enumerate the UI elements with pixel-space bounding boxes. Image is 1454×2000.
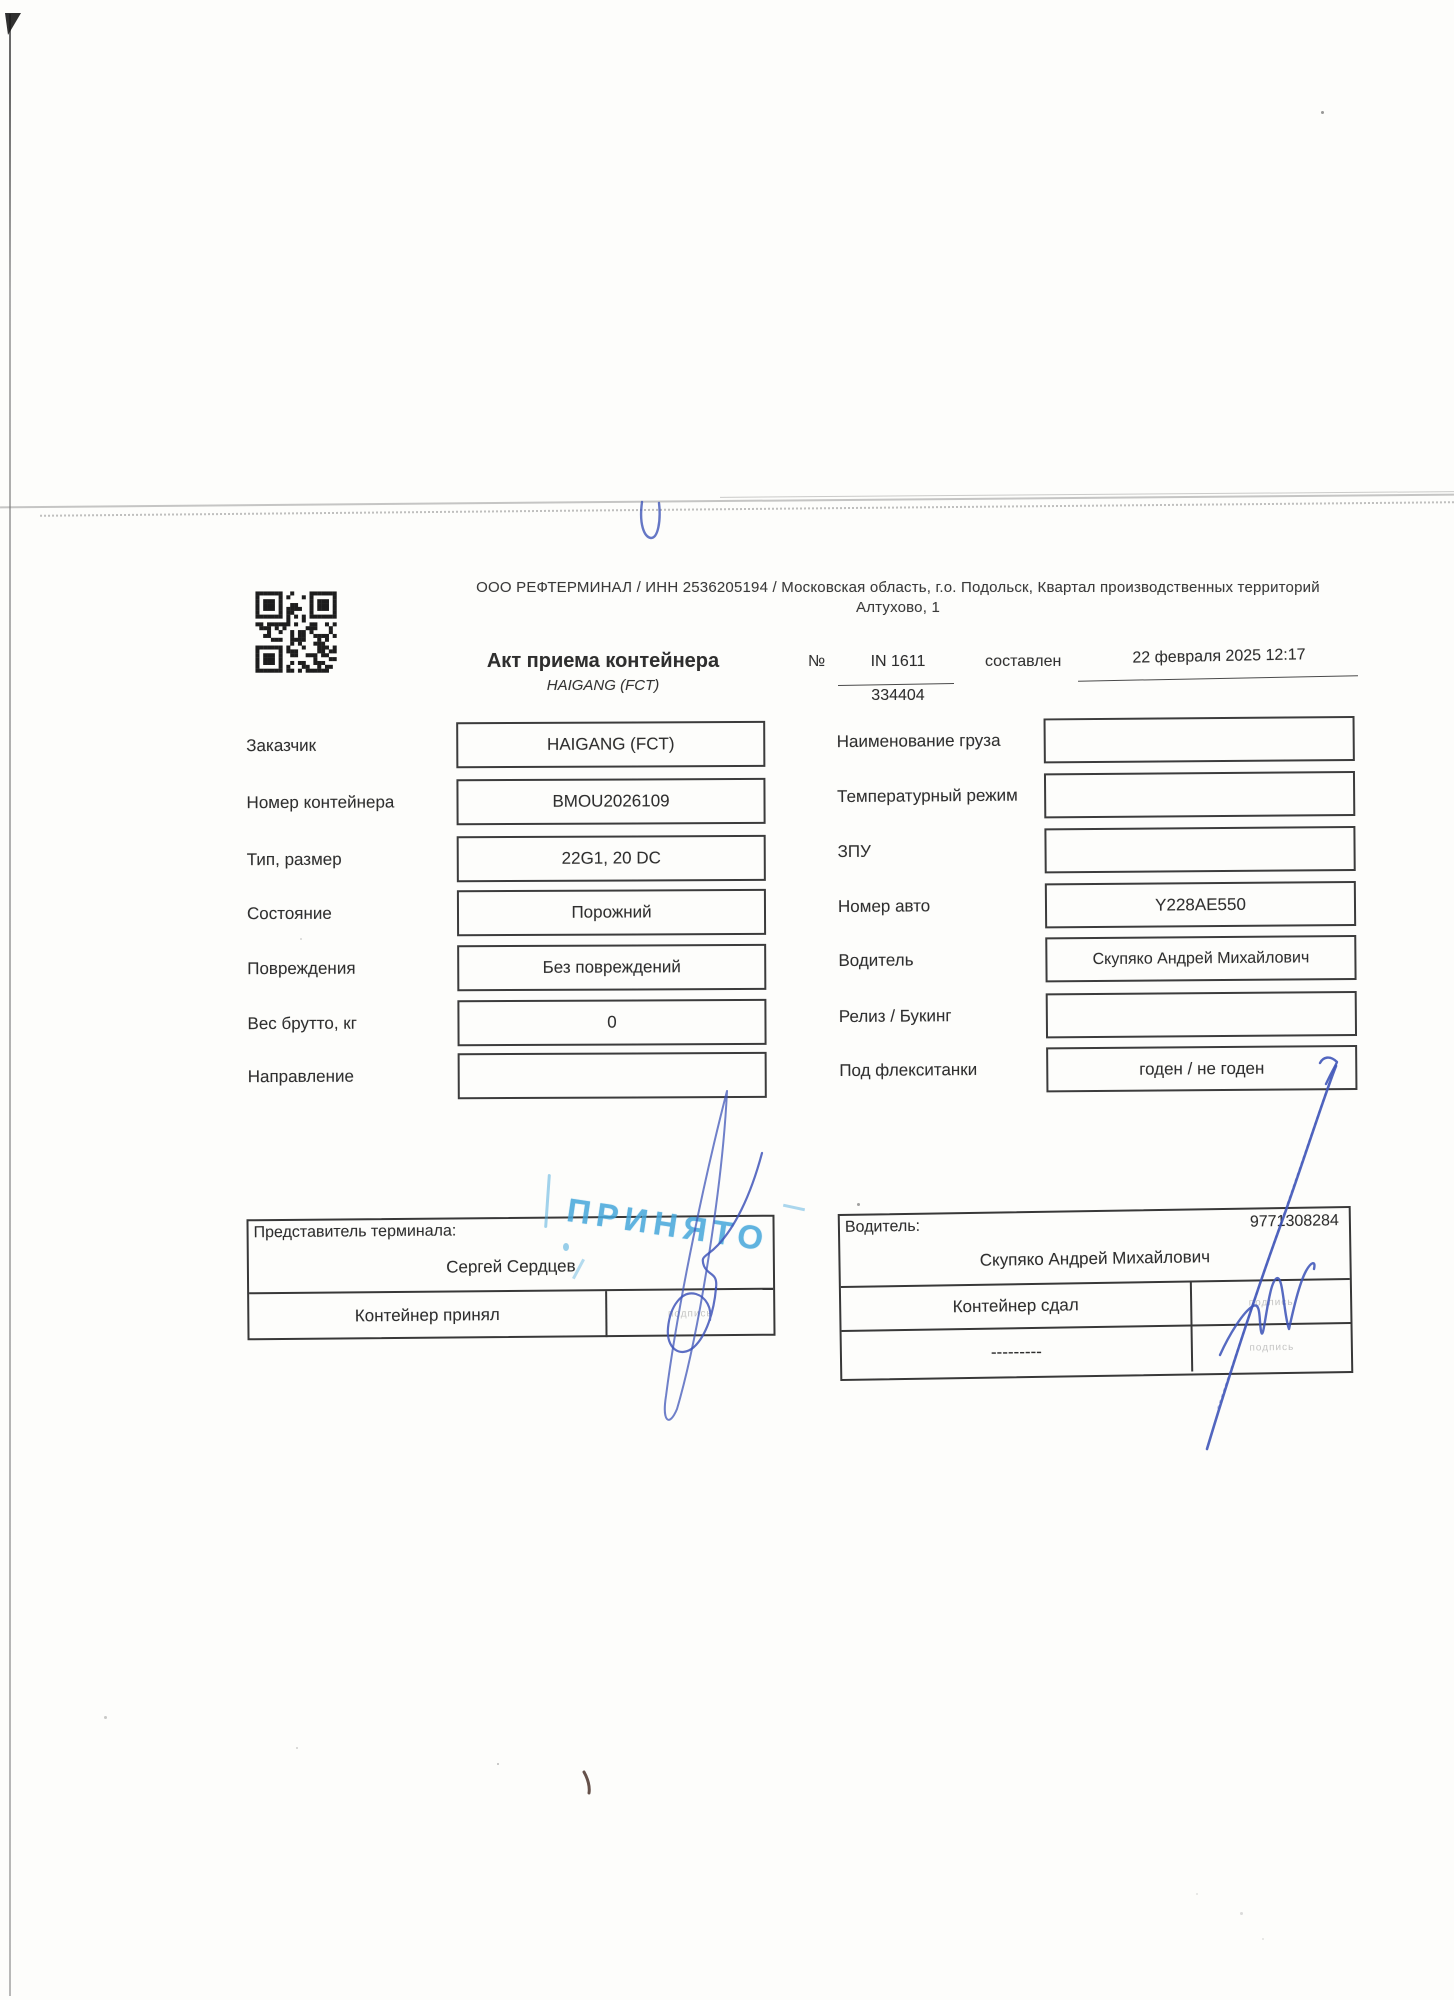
field-value-box: Порожний xyxy=(457,889,766,936)
terminal-signature-cell: подпись xyxy=(607,1290,773,1337)
field-label: Заказчик xyxy=(246,736,316,756)
scan-speck xyxy=(1262,1938,1264,1940)
field-value-box xyxy=(458,1052,767,1099)
signature-placeholder: подпись xyxy=(668,1308,713,1319)
signature-placeholder: подпись xyxy=(1249,1296,1294,1308)
driver-action-cell: Контейнер сдал xyxy=(841,1282,1193,1330)
qr-code xyxy=(240,574,352,690)
field-value-box xyxy=(1044,771,1355,818)
driver-signature-cell: подпись xyxy=(1192,1280,1351,1324)
field-label: Направление xyxy=(248,1067,354,1087)
field-value: 0 xyxy=(607,1013,617,1033)
driver-action-label: Контейнер сдал xyxy=(952,1295,1078,1317)
scan-speck xyxy=(296,1747,298,1749)
field-label: Тип, размер xyxy=(247,850,342,870)
doc-number-line2: 334404 xyxy=(842,687,954,705)
driver-signature-block: Водитель: 9771308284 Скупяко Андрей Миха… xyxy=(838,1206,1354,1381)
scan-speck xyxy=(300,938,302,940)
field-value-box xyxy=(1044,716,1355,763)
field-value: HAIGANG (FCT) xyxy=(547,734,675,755)
doc-number-sign: № xyxy=(808,653,825,671)
doc-number-line1: IN 1611 xyxy=(842,653,954,671)
field-label: Вес брутто, кг xyxy=(247,1014,357,1034)
field-value-box xyxy=(1046,991,1357,1038)
scanned-document: ООО РЕФТЕРМИНАЛ / ИНН 2536205194 / Моско… xyxy=(0,0,1454,2000)
field-label: Номер авто xyxy=(838,896,930,917)
field-value-box: HAIGANG (FCT) xyxy=(456,721,765,768)
field-label: Температурный режим xyxy=(837,786,1018,807)
field-value-box: 22G1, 20 DC xyxy=(457,835,766,882)
company-header-line1: ООО РЕФТЕРМИНАЛ / ИНН 2536205194 / Моско… xyxy=(444,579,1352,596)
field-label: ЗПУ xyxy=(837,842,870,862)
field-value-box: Без повреждений xyxy=(457,944,766,991)
field-value: BMOU2026109 xyxy=(552,791,669,812)
driver-signature-cell-2: подпись xyxy=(1193,1324,1352,1371)
field-value-box: 0 xyxy=(457,999,766,1046)
composed-date: 22 февраля 2025 12:17 xyxy=(1080,645,1358,668)
field-label: Водитель xyxy=(838,950,913,971)
field-label: Повреждения xyxy=(247,959,355,979)
terminal-role-label: Представитель терминала: xyxy=(254,1222,457,1242)
scan-speck xyxy=(1321,111,1324,114)
terminal-action-label: Контейнер принял xyxy=(355,1305,500,1326)
field-label: Состояние xyxy=(247,904,332,924)
stamp-smudge-3 xyxy=(783,1204,805,1212)
scan-speck xyxy=(497,1763,499,1765)
doc-number-underline xyxy=(838,683,954,686)
composed-label: составлен xyxy=(985,653,1061,671)
document-title: Акт приема контейнера xyxy=(448,650,758,673)
scan-speck xyxy=(1240,1912,1243,1915)
field-value-box: Скупяко Андрей Михайлович xyxy=(1045,935,1356,982)
terminal-representative-name: Сергей Сердцев xyxy=(249,1255,773,1280)
driver-phone: 9771308284 xyxy=(1250,1212,1339,1231)
pen-mark-top xyxy=(641,502,659,538)
field-value-box: BMOU2026109 xyxy=(456,778,765,825)
driver-role-label: Водитель: xyxy=(845,1218,920,1237)
scan-speck xyxy=(857,1203,860,1206)
field-value: Без повреждений xyxy=(543,957,681,978)
field-value-box: Y228AE550 xyxy=(1045,881,1356,928)
scan-speck xyxy=(1196,1893,1198,1895)
driver-dashes: --------- xyxy=(991,1341,1042,1362)
right-field-column: Наименование груза Температурный режим З… xyxy=(836,712,1363,1101)
composed-date-underline xyxy=(1078,675,1358,681)
scan-corner-flag xyxy=(4,12,26,38)
driver-dashes-cell: --------- xyxy=(842,1326,1194,1377)
document-subtitle: HAIGANG (FCT) xyxy=(448,677,758,694)
field-value-box xyxy=(1044,826,1355,873)
field-label: Наименование груза xyxy=(837,731,1001,752)
field-value: 22G1, 20 DC xyxy=(562,848,661,868)
field-value: годен / не годен xyxy=(1139,1058,1264,1079)
field-label: Под флекситанки xyxy=(839,1060,977,1081)
scan-speck xyxy=(104,1716,107,1719)
terminal-action-cell: Контейнер принял xyxy=(249,1291,607,1340)
field-value-box: годен / не годен xyxy=(1046,1045,1357,1092)
field-label: Релиз / Букинг xyxy=(839,1006,952,1027)
signature-placeholder: подпись xyxy=(1249,1342,1294,1354)
field-value: Y228AE550 xyxy=(1155,894,1246,915)
company-header-line2: Алтухово, 1 xyxy=(444,599,1352,616)
driver-name: Скупяко Андрей Михайлович xyxy=(840,1245,1349,1273)
stamp-smudge-2 xyxy=(563,1243,569,1251)
field-value: Порожний xyxy=(571,902,651,922)
field-label: Номер контейнера xyxy=(246,793,394,814)
field-value: Скупяко Андрей Михайлович xyxy=(1092,949,1309,969)
left-field-column: Заказчик HAIGANG (FCT) Номер контейнера … xyxy=(246,717,773,1109)
scan-speck-tick xyxy=(584,1772,589,1793)
scan-left-edge-line xyxy=(9,14,11,1996)
